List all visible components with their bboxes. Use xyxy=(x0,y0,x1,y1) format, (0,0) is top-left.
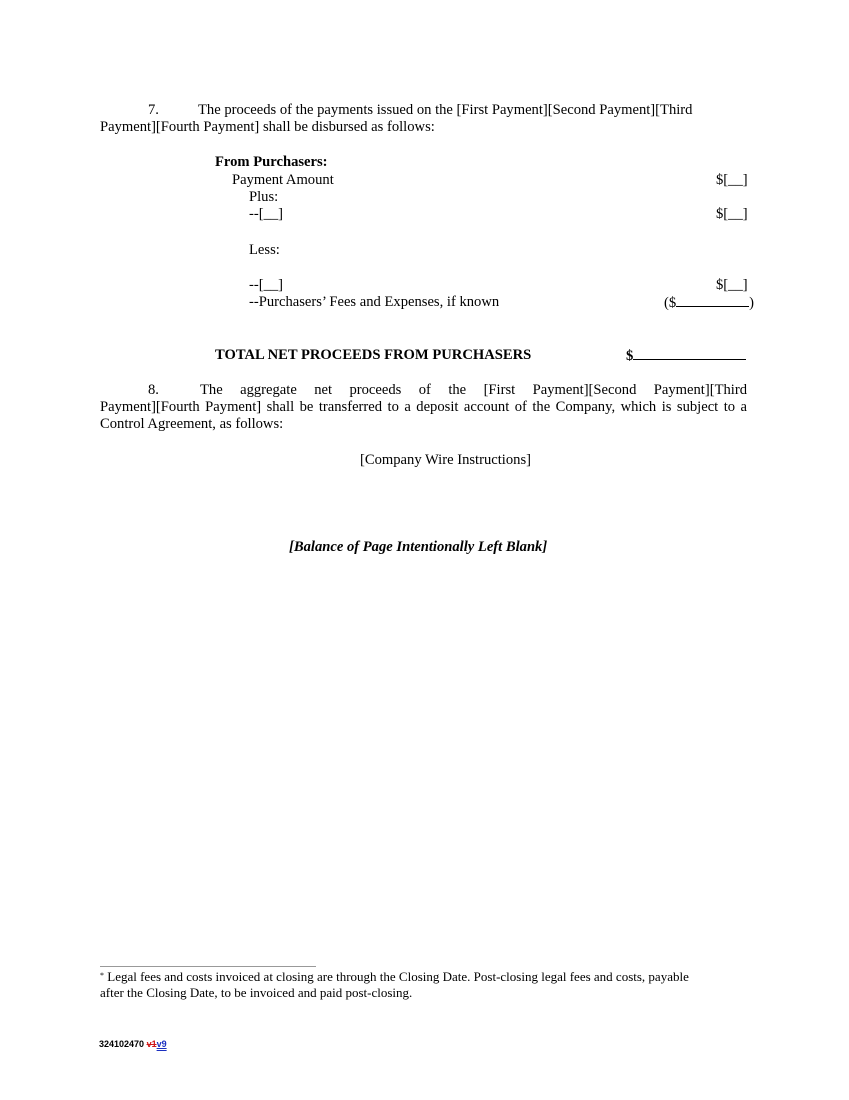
footnote-line-1: * Legal fees and costs invoiced at closi… xyxy=(100,969,750,985)
footnote-line-2: after the Closing Date, to be invoiced a… xyxy=(100,985,750,1001)
fees-value-prefix: ($ xyxy=(664,295,676,311)
fees-label: --Purchasers’ Fees and Expenses, if know… xyxy=(249,294,499,310)
section-7-text-1: The proceeds of the payments issued on t… xyxy=(198,102,692,118)
total-value-prefix: $ xyxy=(626,348,633,364)
balance-left-blank-notice: [Balance of Page Intentionally Left Blan… xyxy=(289,539,547,555)
section-8-text-2: Payment][Fourth Payment] shall be transf… xyxy=(100,399,747,415)
fees-value-suffix: ) xyxy=(749,295,754,311)
company-wire-instructions: [Company Wire Instructions] xyxy=(360,452,531,468)
total-net-proceeds-label: TOTAL NET PROCEEDS FROM PURCHASERS xyxy=(215,347,531,363)
section-8-line-3: Control Agreement, as follows: xyxy=(100,416,283,432)
document-id: 324102470 v1v9 xyxy=(99,1039,167,1049)
section-7-line-2: Payment][Fourth Payment] shall be disbur… xyxy=(100,119,435,135)
inserted-version: v9 xyxy=(157,1039,167,1049)
section-7-number: 7. xyxy=(100,102,198,118)
footnote-marker: * xyxy=(100,971,104,980)
section-8-line-2: Payment][Fourth Payment] shall be transf… xyxy=(100,399,747,415)
footnote-text-1: Legal fees and costs invoiced at closing… xyxy=(107,969,689,984)
total-net-proceeds-value: $ xyxy=(626,347,746,364)
plus-label: Plus: xyxy=(249,189,278,205)
section-7-line-1: 7.The proceeds of the payments issued on… xyxy=(100,102,692,118)
total-value-blank xyxy=(633,347,746,360)
payment-amount-value: $[__] xyxy=(716,172,748,188)
footnote-separator xyxy=(100,966,316,967)
section-8-line-1: 8. The aggregate net proceeds of the [Fi… xyxy=(100,382,747,398)
section-8-text-3: Control Agreement, as follows: xyxy=(100,416,283,432)
document-number: 324102470 xyxy=(99,1039,144,1049)
from-purchasers-heading: From Purchasers: xyxy=(215,154,328,170)
fees-value-blank xyxy=(676,294,749,307)
section-8-number: 8. xyxy=(100,382,200,398)
less-label: Less: xyxy=(249,242,280,258)
less-item-label: --[__] xyxy=(249,277,283,293)
deleted-version: v1 xyxy=(147,1039,157,1049)
section-8-text-1: The aggregate net proceeds of the [First… xyxy=(200,382,747,398)
less-item-value: $[__] xyxy=(716,277,748,293)
payment-amount-label: Payment Amount xyxy=(232,172,334,188)
section-7-text-2: Payment][Fourth Payment] shall be disbur… xyxy=(100,119,435,135)
footnote: * Legal fees and costs invoiced at closi… xyxy=(100,969,750,1001)
fees-value: ($) xyxy=(664,294,754,311)
plus-item-value: $[__] xyxy=(716,206,748,222)
plus-item-label: --[__] xyxy=(249,206,283,222)
